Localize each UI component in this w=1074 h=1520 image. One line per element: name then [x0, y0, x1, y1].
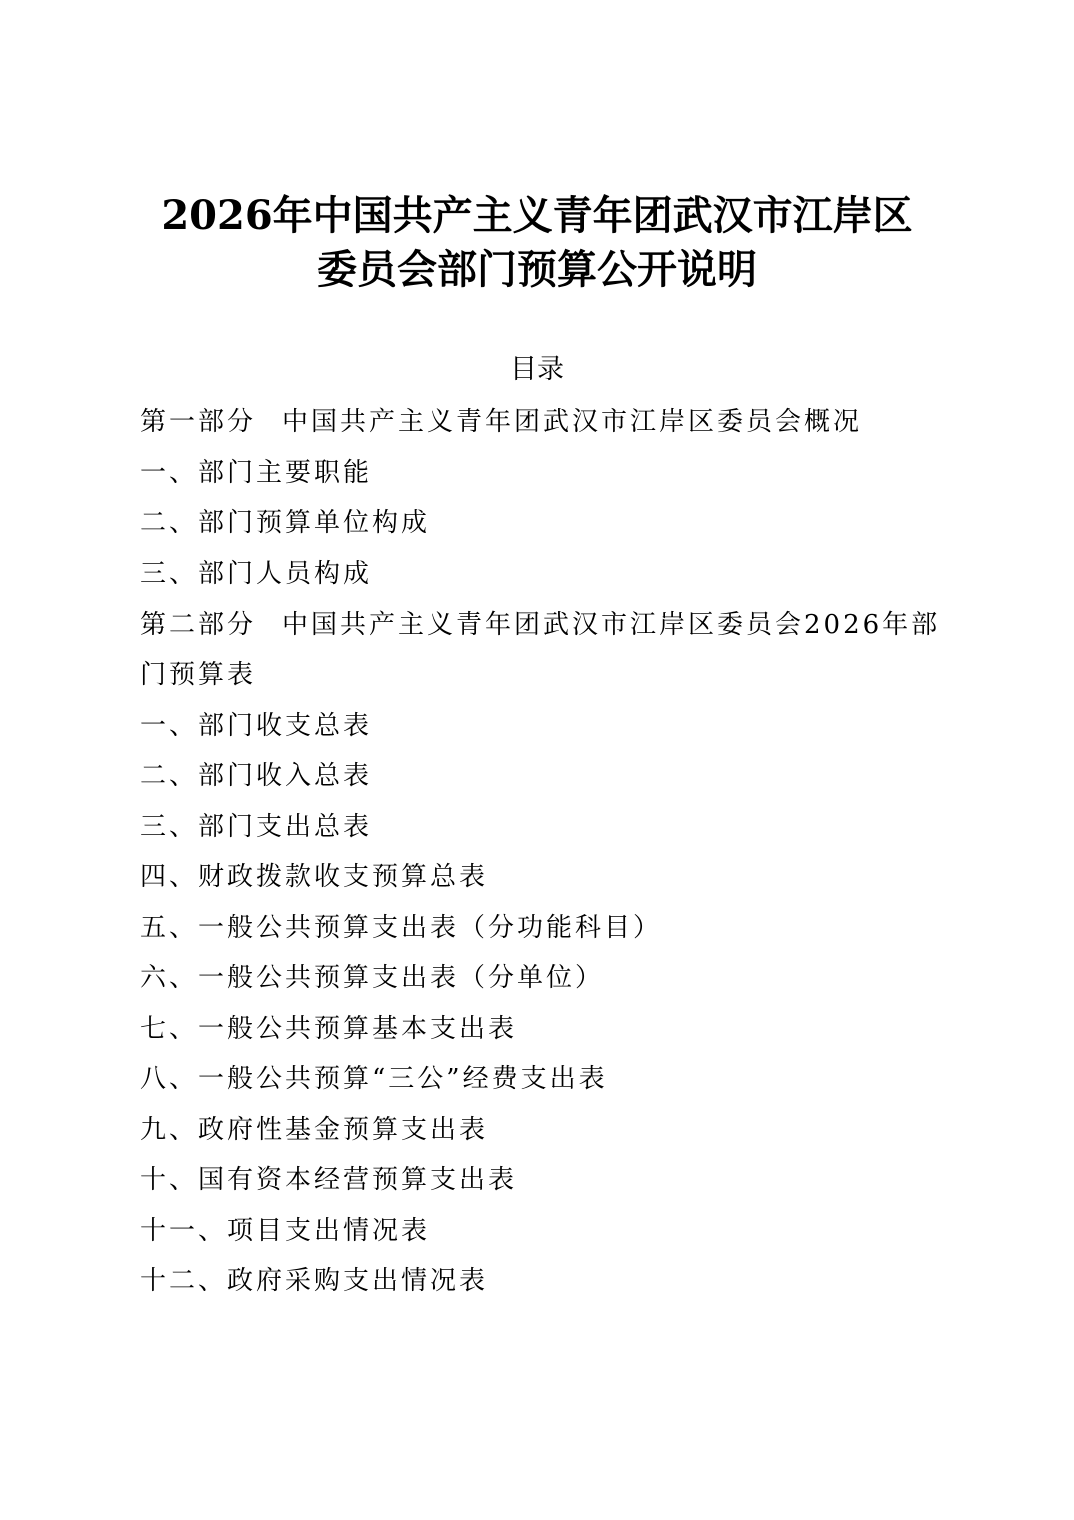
document-page: 2026年中国共产主义青年团武汉市江岸区 委员会部门预算公开说明 目录 第一部分… [0, 0, 1074, 1520]
toc-heading: 目录 [0, 352, 1074, 388]
document-title-line-1: 2026年中国共产主义青年团武汉市江岸区 [0, 192, 1074, 240]
toc-item: 一、部门主要职能 [140, 456, 372, 490]
toc-part-label: 第一部分 [140, 407, 256, 437]
toc-item: 二、部门收入总表 [140, 759, 372, 793]
document-title-line-2: 委员会部门预算公开说明 [0, 246, 1074, 294]
toc-part-1: 第一部分中国共产主义青年团武汉市江岸区委员会概况 [140, 405, 862, 439]
toc-part-label: 第二部分 [140, 610, 256, 640]
toc-item: 五、一般公共预算支出表（分功能科目） [140, 911, 662, 945]
toc-item: 二、部门预算单位构成 [140, 506, 430, 540]
toc-item: 十二、政府采购支出情况表 [140, 1264, 488, 1298]
toc-item: 三、部门支出总表 [140, 810, 372, 844]
toc-item: 三、部门人员构成 [140, 557, 372, 591]
toc-part-2: 第二部分中国共产主义青年团武汉市江岸区委员会2026年部 [140, 608, 940, 642]
toc-item: 七、一般公共预算基本支出表 [140, 1012, 517, 1046]
toc-part-title: 中国共产主义青年团武汉市江岸区委员会2026年部 [282, 610, 940, 640]
toc-part-title: 中国共产主义青年团武汉市江岸区委员会概况 [282, 407, 862, 437]
toc-item: 八、一般公共预算“三公”经费支出表 [140, 1062, 608, 1096]
toc-item: 四、财政拨款收支预算总表 [140, 860, 488, 894]
toc-item: 六、一般公共预算支出表（分单位） [140, 961, 604, 995]
toc-part-2-continuation: 门预算表 [140, 658, 256, 692]
toc-item: 十一、项目支出情况表 [140, 1214, 430, 1248]
toc-item: 一、部门收支总表 [140, 709, 372, 743]
toc-item: 十、国有资本经营预算支出表 [140, 1163, 517, 1197]
toc-item: 九、政府性基金预算支出表 [140, 1113, 488, 1147]
